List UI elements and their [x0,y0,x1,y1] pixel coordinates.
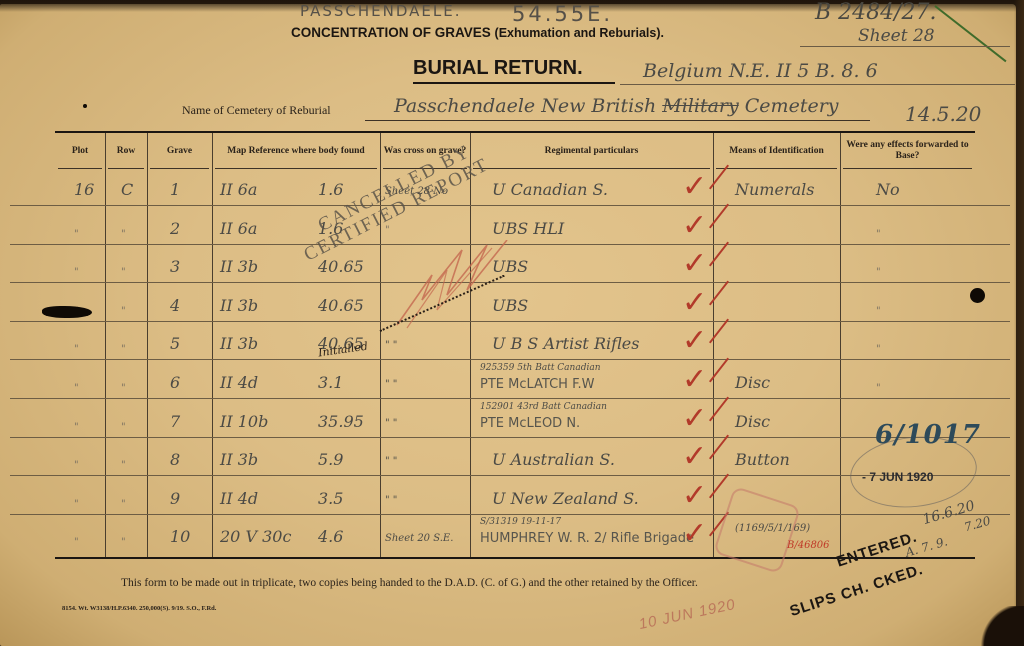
place-annotation: PASSCHENDAELE. [300,2,461,20]
row-cell: " [121,344,126,355]
cross-cell: " " [385,495,397,506]
grave-cell: 1 [170,180,180,199]
row-rule [10,398,1010,399]
page-heading: BURIAL RETURN. [413,57,583,80]
map-reference-cell: 3.1 [318,373,343,392]
row-cell: " [121,422,126,433]
grave-cell: 9 [170,489,180,508]
map-square-cell: II 10b [220,412,268,431]
header-rule [215,168,377,169]
column-header: Means of Identification [713,135,840,167]
column-header: Row [105,135,147,167]
grave-cell: 6 [170,373,180,392]
red-check-icon: ✓ [682,211,707,241]
cemetery-name-part1: Passchendaele New British [394,95,656,117]
grave-cell: 4 [170,296,180,315]
map-square-cell: II 3b [220,334,258,353]
plot-cell: " [74,422,79,433]
regimental-cell: U Australian S. [492,450,615,469]
map-reference-cell: 5.9 [318,450,343,469]
column-divider [212,133,213,557]
heading-underline [413,82,615,84]
red-check-icon: ✓ [682,249,707,279]
row-cell: " [121,460,126,471]
red-check-icon: ✓ [682,365,707,395]
map-reference-cell: 40.65 [318,257,364,276]
ink-blot-left [42,306,92,318]
grave-cell: 10 [170,527,190,546]
red-reference: B/46806 [787,540,830,551]
ink-speck [83,104,87,108]
effects-cell: " [876,306,881,317]
map-square-cell: II 4d [220,373,258,392]
column-header: Were any effects forwarded to Base? [840,135,975,167]
regimental-cell: UBS HLI [492,219,564,238]
grave-cell: 8 [170,450,180,469]
regimental-cell: PTE McLEOD N. [480,416,580,431]
plot-cell: " [74,499,79,510]
map-square-cell: II 6a [220,180,257,199]
form-title: CONCENTRATION OF GRAVES (Exhumation and … [291,25,664,40]
regimental-cell: U Canadian S. [492,180,608,199]
cross-cell: " " [385,379,397,390]
identification-cell: Disc [735,412,770,431]
plot-cell: " [74,344,79,355]
regimental-cell: U B S Artist Rifles [492,334,639,353]
red-check-icon: ✓ [682,404,707,434]
red-check-icon: ✓ [682,481,707,511]
row-cell: " [121,499,126,510]
plot-cell: " [74,383,79,394]
header-rule [843,168,972,169]
plot-cell: " [74,460,79,471]
ink-blot-right [970,288,985,303]
column-divider [147,133,148,557]
cross-cell: " " [385,418,397,429]
map-square-cell: II 4d [220,489,258,508]
cemetery-name: Passchendaele New British Military Cemet… [394,95,839,117]
row-rule [10,205,1010,206]
row-rule [10,437,1010,438]
effects-cell: " [876,267,881,278]
row-cell: " [121,229,126,240]
red-check-icon: ✓ [682,172,707,202]
column-header: Grave [147,135,212,167]
sheet-rule [800,46,1010,47]
plot-cell: " [74,537,79,548]
header-rule [716,168,837,169]
location-rule [620,84,1015,85]
column-divider [470,133,471,557]
identification-cell: Numerals [735,180,814,199]
red-check-icon: ✓ [682,326,707,356]
effects-cell: No [876,180,900,199]
grave-cell: 2 [170,219,180,238]
cross-cell: Sheet 20 S.E. [385,533,453,544]
file-reference: B 2484/27. [815,0,937,25]
cemetery-label: Name of Cemetery of Reburial [182,103,331,118]
plot-cell: " [74,229,79,240]
grave-cell: 5 [170,334,180,353]
header-rule [473,168,710,169]
cemetery-date: 14.5.20 [905,102,981,126]
header-rule [58,168,102,169]
map-square-cell: II 3b [220,257,258,276]
regimental-cell: U New Zealand S. [492,489,639,508]
row-rule [10,514,1010,515]
column-header: Map Reference where body found [212,135,380,167]
row-rule [10,359,1010,360]
footer-instruction: This form to be made out in triplicate, … [121,577,698,589]
cemetery-rule [365,120,870,121]
map-square-cell: II 6a [220,219,257,238]
torn-corner [964,606,1024,646]
cross-cell: " " [385,456,397,467]
map-square-cell: II 3b [220,296,258,315]
grave-cell: 3 [170,257,180,276]
red-check-icon: ✓ [682,288,707,318]
form-title-main: CONCENTRATION OF GRAVES [291,25,491,40]
column-header: Plot [55,135,105,167]
red-check-icon: ✓ [682,519,707,549]
row-cell: " [121,306,126,317]
map-reference-cell: 3.5 [318,489,343,508]
column-divider [105,133,106,557]
plot-cell: 16 [74,180,94,199]
regimental-number-cell: 152901 43rd Batt Canadian [480,402,607,412]
plot-cell: " [74,267,79,278]
map-square-cell: II 3b [220,450,258,469]
cross-cell: " " [385,340,397,351]
identification-cell: Disc [735,373,770,392]
header-rule [150,168,209,169]
effects-cell: " [876,229,881,240]
red-check-icon: ✓ [682,442,707,472]
row-cell: " [121,383,126,394]
grid-reference-annotation: 54.55E. [512,2,613,26]
map-reference-cell: 1.6 [318,180,343,199]
map-reference-cell: 4.6 [318,527,343,546]
map-reference-cell: 35.95 [318,412,364,431]
grave-cell: 7 [170,412,180,431]
map-square-cell: 20 V 30c [220,527,291,546]
row-cell: " [121,267,126,278]
print-code: 8154. Wt. W3138/H.P.6340. 250,000(S). 9/… [62,605,216,612]
column-header: Regimental particulars [470,135,713,167]
effects-cell: " [876,344,881,355]
regimental-number-cell: 925359 5th Batt Canadian [480,363,601,373]
table-top-rule [55,131,975,133]
row-cell: C [121,180,133,199]
form-title-sub: (Exhumation and Reburials). [495,26,664,40]
map-reference-cell: 40.65 [318,296,364,315]
paper-edge-shadow [1014,0,1024,646]
location-code: Belgium N.E. II 5 B. 8. 6 [643,60,878,82]
regimental-cell: HUMPHREY W. R. 2/ Rifle Brigade [480,531,694,546]
column-divider [840,133,841,557]
regimental-number-cell: S/31319 19-11-17 [480,517,561,527]
cemetery-name-struck: Military [662,95,738,117]
header-rule [108,168,144,169]
sheet-number: Sheet 28 [858,26,935,46]
row-cell: " [121,537,126,548]
received-number: 6/1017 [875,420,981,450]
received-date-stamp: - 7 JUN 1920 [862,470,933,484]
effects-cell: " [876,383,881,394]
identification-cell: Button [735,450,790,469]
cemetery-name-part2: Cemetery [739,95,839,117]
regimental-cell: PTE McLATCH F.W [480,377,594,392]
